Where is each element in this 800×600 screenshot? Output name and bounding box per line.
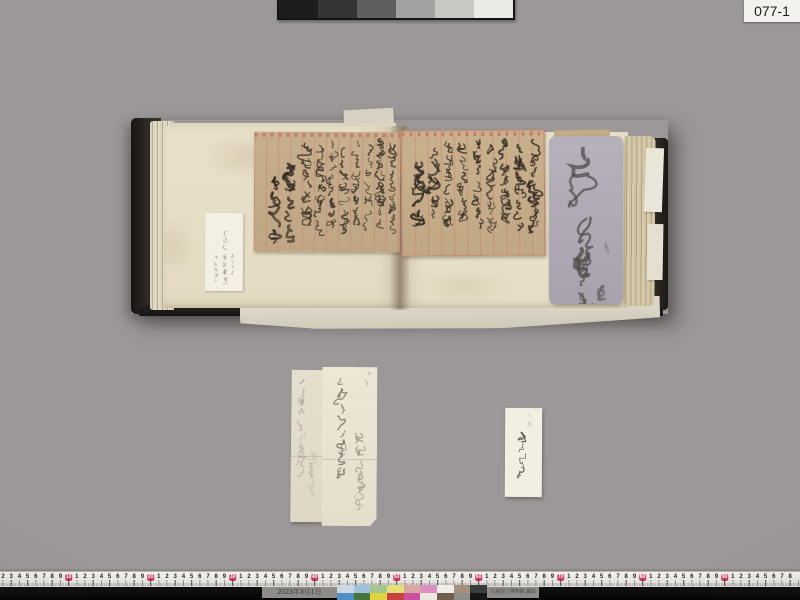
- ink-stroke: [231, 271, 233, 275]
- ink-stroke: [338, 416, 346, 430]
- color-checker-patch: [470, 593, 487, 600]
- ink-stroke: [520, 453, 526, 467]
- grayscale-step: [396, 0, 435, 18]
- ink-stroke: [514, 212, 522, 219]
- ink-stroke: [458, 144, 463, 150]
- ink-stroke: [477, 166, 481, 174]
- color-checker-patch: [404, 585, 421, 593]
- ink-stroke: [300, 379, 304, 383]
- ink-stroke: [332, 220, 334, 227]
- ink-stroke: [287, 225, 295, 241]
- ink-stroke: [490, 159, 497, 172]
- ink-stroke: [300, 432, 306, 443]
- color-checker-patch: [420, 585, 437, 593]
- ink-stroke: [389, 180, 395, 192]
- ink-stroke: [356, 160, 359, 167]
- grayscale-step: [279, 0, 318, 18]
- ink-stroke: [340, 431, 344, 437]
- ink-stroke: [329, 152, 338, 162]
- color-checker-patch: [470, 585, 487, 593]
- ink-stroke: [368, 158, 373, 168]
- ink-stroke: [519, 443, 524, 451]
- color-checker: [337, 585, 487, 600]
- ink-stroke: [432, 210, 434, 218]
- ink-stroke: [233, 265, 234, 268]
- ink-stroke: [517, 201, 521, 209]
- photo-id-label: 077-1: [744, 0, 800, 22]
- ink-stroke: [364, 182, 372, 194]
- ink-stroke: [357, 434, 363, 442]
- ink-stroke: [353, 208, 357, 217]
- ink-stroke: [366, 170, 371, 175]
- ink-stroke: [499, 150, 503, 159]
- calligraphy-title-slip: [549, 136, 623, 304]
- ink-stroke: [310, 471, 312, 477]
- ink-stroke: [224, 230, 228, 236]
- ink-stroke: [363, 223, 366, 231]
- ink-stroke: [517, 145, 522, 153]
- ink-stroke: [528, 414, 532, 418]
- color-checker-row-bottom: [337, 593, 487, 600]
- ink-stroke: [486, 187, 492, 199]
- ink-stroke: [413, 194, 423, 205]
- pasted-letter-right: [401, 129, 546, 256]
- ink-stroke: [480, 219, 483, 228]
- ink-stroke: [367, 371, 370, 374]
- ink-stroke: [462, 173, 467, 183]
- ink-stroke: [418, 177, 425, 187]
- ink-stroke: [316, 221, 325, 236]
- ink-stroke: [517, 468, 524, 477]
- grayscale-wedge: [277, 0, 515, 20]
- ink-stroke: [330, 165, 336, 170]
- fore-edge-slip: [647, 224, 664, 280]
- fore-edge-slip: [644, 148, 664, 213]
- ink-stroke: [381, 171, 385, 180]
- ink-stroke: [531, 140, 540, 156]
- ink-stroke: [505, 189, 509, 197]
- ink-stroke: [531, 168, 536, 177]
- ink-stroke: [231, 259, 233, 264]
- ink-stroke: [572, 149, 588, 176]
- color-checker-patch: [454, 593, 471, 600]
- color-checker-patch: [354, 585, 371, 593]
- ink-stroke: [500, 164, 508, 175]
- color-checker-patch: [437, 585, 454, 593]
- ink-stroke: [473, 182, 481, 192]
- ink-stroke: [356, 461, 363, 472]
- ink-stroke: [338, 378, 343, 384]
- pasted-letter-left: [254, 132, 401, 253]
- ink-stroke: [285, 211, 291, 221]
- ink-stroke: [269, 193, 279, 214]
- color-checker-patch: [420, 593, 437, 600]
- ink-stroke: [430, 148, 437, 158]
- ink-stroke: [214, 262, 217, 266]
- color-checker-patch: [337, 585, 354, 593]
- ink-stroke: [530, 209, 538, 221]
- ink-stroke: [298, 421, 302, 430]
- ink-stroke: [332, 141, 334, 148]
- ink-stroke: [365, 380, 368, 386]
- calligraphy-folded-letter-right: [322, 367, 378, 526]
- calligraphy-right-letter: [402, 130, 547, 257]
- ink-stroke: [354, 218, 357, 225]
- ink-stroke: [329, 211, 334, 216]
- ink-stroke: [357, 141, 359, 147]
- calligraphy-catalog-slip: [205, 213, 244, 291]
- ink-stroke: [316, 171, 323, 182]
- ink-stroke: [298, 455, 305, 467]
- color-checker-patch: [437, 593, 454, 600]
- calligraphy-name-card: [505, 408, 542, 497]
- title-slip: [549, 136, 623, 304]
- ink-stroke: [309, 480, 314, 489]
- color-checker-patch: [404, 593, 421, 600]
- grayscale-step: [474, 0, 513, 18]
- folded-letter-left-strip: [290, 370, 324, 522]
- ink-stroke: [305, 159, 311, 166]
- ink-stroke: [515, 185, 526, 197]
- ink-stroke: [308, 181, 312, 187]
- ink-stroke: [320, 185, 325, 191]
- ink-stroke: [215, 279, 216, 282]
- ink-stroke: [288, 198, 293, 209]
- ink-stroke: [328, 188, 332, 196]
- grayscale-step: [357, 0, 396, 18]
- ink-stroke: [378, 208, 381, 215]
- color-checker-patch: [454, 585, 471, 593]
- folded-letter-right-strip: [322, 367, 378, 526]
- ink-stroke: [269, 213, 280, 226]
- catalog-slip: [205, 213, 244, 291]
- credit-label: 九州国立博物館 撮影: [487, 587, 539, 598]
- ink-stroke: [376, 220, 383, 229]
- color-checker-patch: [387, 593, 404, 600]
- ink-stroke: [488, 201, 490, 209]
- photo-stage: { "photo": { "id_label": "077-1" }, "cap…: [0, 0, 800, 600]
- date-label: 2023年3月1日: [262, 587, 337, 598]
- calligraphy-folded-letter-left: [290, 370, 324, 522]
- grayscale-step: [318, 0, 357, 18]
- ink-stroke: [232, 265, 233, 267]
- color-checker-patch: [370, 593, 387, 600]
- ink-stroke: [365, 211, 372, 222]
- ink-stroke: [341, 404, 344, 413]
- ink-stroke: [310, 463, 313, 471]
- ink-stroke: [352, 152, 359, 160]
- ink-stroke: [444, 185, 450, 195]
- ink-stroke: [272, 178, 275, 186]
- ink-stroke: [518, 223, 523, 230]
- ink-stroke: [314, 209, 321, 217]
- ink-stroke: [390, 143, 392, 151]
- ink-stroke: [302, 389, 305, 397]
- ink-stroke: [460, 157, 469, 170]
- ink-stroke: [298, 469, 303, 476]
- ink-stroke: [341, 148, 344, 157]
- name-card: [505, 408, 542, 497]
- grayscale-step: [435, 0, 474, 18]
- color-checker-row-top: [337, 585, 487, 593]
- ink-stroke: [339, 197, 349, 205]
- ink-stroke: [391, 171, 393, 178]
- ink-stroke: [216, 255, 217, 257]
- ink-stroke: [368, 145, 372, 155]
- color-checker-patch: [354, 593, 371, 600]
- ink-stroke: [330, 200, 334, 208]
- calligraphy-left-letter: [254, 132, 401, 253]
- ink-stroke: [358, 472, 361, 480]
- color-checker-patch: [370, 585, 387, 593]
- ink-stroke: [340, 160, 342, 167]
- ink-stroke: [476, 208, 479, 217]
- ink-stroke: [390, 226, 396, 233]
- ink-stroke: [318, 160, 323, 171]
- ink-stroke: [310, 490, 314, 496]
- color-checker-patch: [387, 585, 404, 593]
- ink-stroke: [389, 194, 395, 202]
- ink-stroke: [462, 198, 466, 208]
- ink-stroke: [223, 245, 227, 250]
- color-checker-patch: [337, 593, 354, 600]
